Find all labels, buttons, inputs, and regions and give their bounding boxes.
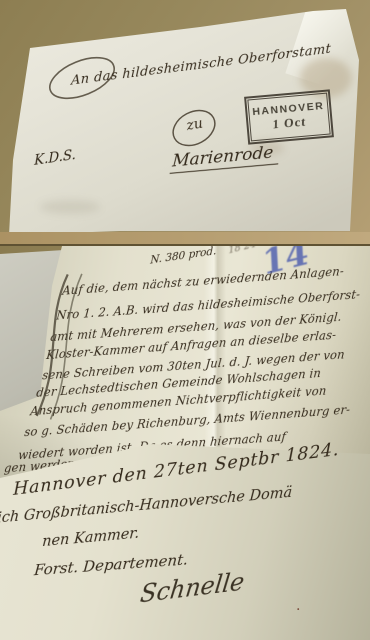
postmark-box: HANNOVER 1 Oct: [244, 89, 334, 144]
paper-stain: [40, 200, 100, 214]
postmark-inner-border: HANNOVER 1 Oct: [247, 93, 330, 142]
folded-letter-paper: An das hildesheimische Oberforstamt zu H…: [0, 0, 370, 244]
photo-letter-text: N. 380 prod. 18 24 14 Auf die, dem nächs…: [0, 244, 370, 640]
sender-initials: K.D.S.: [34, 147, 76, 169]
signature-period: .: [296, 598, 300, 614]
photo-collage-historic-letter: An das hildesheimische Oberforstamt zu H…: [0, 0, 370, 640]
salutation-zu: zu: [165, 102, 224, 154]
photo-envelope-side: An das hildesheimische Oberforstamt zu H…: [0, 0, 370, 244]
postmark-date: 1 Oct: [273, 114, 307, 132]
salutation-text: zu: [185, 116, 204, 135]
